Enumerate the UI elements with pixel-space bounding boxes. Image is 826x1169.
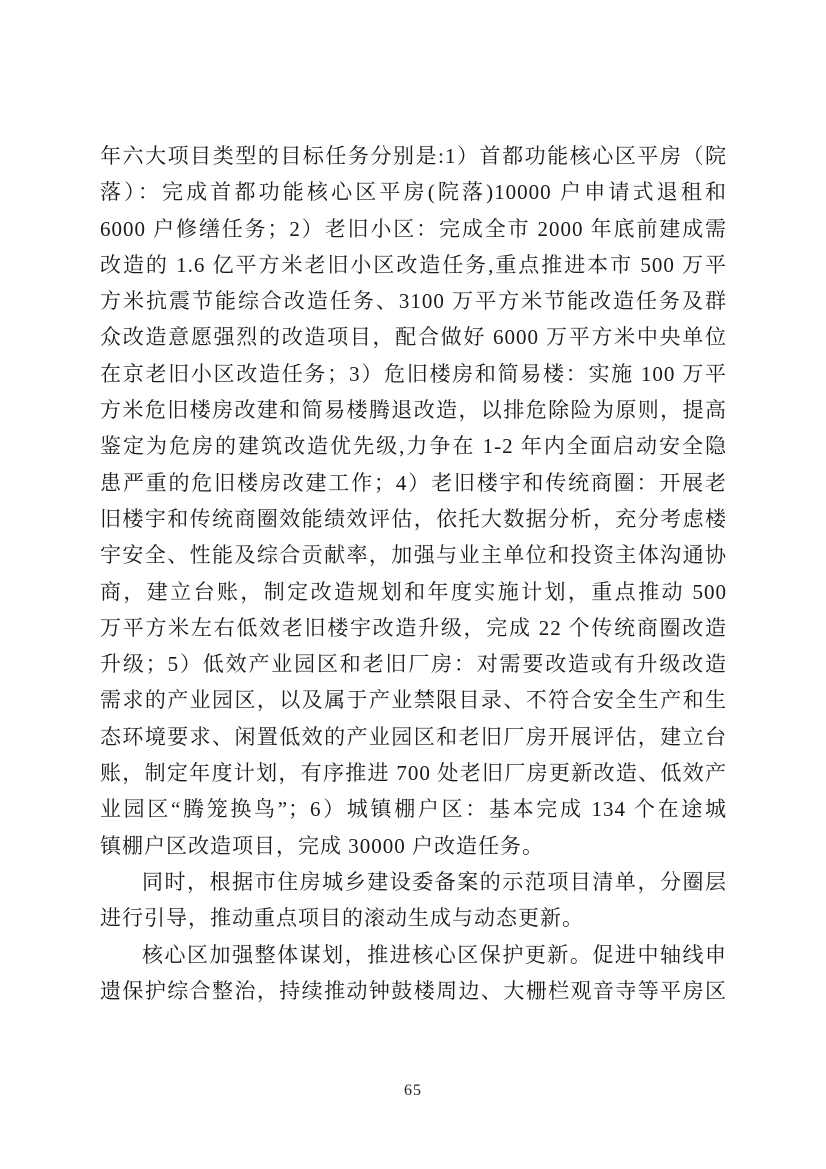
text-line: 方米抗震节能综合改造任务、3100 万平方米节能改造任务及群 xyxy=(100,283,727,319)
page-number: 65 xyxy=(0,1082,826,1100)
paragraph-core-area: 核心区加强整体谋划，推进核心区保护更新。促进中轴线申 遗保护综合整治，持续推动钟… xyxy=(100,937,727,1010)
text-line: 态环境要求、闲置低效的产业园区和老旧厂房开展评估，建立台 xyxy=(100,719,727,755)
text-line: 商，建立台账，制定改造规划和年度实施计划，重点推动 500 xyxy=(100,574,727,610)
text-line: 镇棚户区改造项目，完成 30000 户改造任务。 xyxy=(100,828,727,864)
text-block: 年六大项目类型的目标任务分别是:1）首都功能核心区平房（院 落）：完成首都功能核… xyxy=(100,138,727,1009)
text-line: 核心区加强整体谋划，推进核心区保护更新。促进中轴线申 xyxy=(100,937,727,973)
paragraph-demonstration-projects: 同时，根据市住房城乡建设委备案的示范项目清单，分圈层 进行引导，推动重点项目的滚… xyxy=(100,864,727,937)
text-line: 6000 户修缮任务；2）老旧小区：完成全市 2000 年底前建成需 xyxy=(100,211,727,247)
document-page: 年六大项目类型的目标任务分别是:1）首都功能核心区平房（院 落）：完成首都功能核… xyxy=(0,0,826,1169)
text-line: 宇安全、性能及综合贡献率，加强与业主单位和投资主体沟通协 xyxy=(100,537,727,573)
text-line: 在京老旧小区改造任务；3）危旧楼房和简易楼：实施 100 万平 xyxy=(100,356,727,392)
text-line: 遗保护综合整治，持续推动钟鼓楼周边、大栅栏观音寺等平房区 xyxy=(100,973,727,1009)
text-line: 落）：完成首都功能核心区平房(院落)10000 户申请式退租和 xyxy=(100,174,727,210)
text-line: 旧楼宇和传统商圈效能绩效评估，依托大数据分析，充分考虑楼 xyxy=(100,501,727,537)
text-line: 同时，根据市住房城乡建设委备案的示范项目清单，分圈层 xyxy=(100,864,727,900)
text-line: 账，制定年度计划，有序推进 700 处老旧厂房更新改造、低效产 xyxy=(100,755,727,791)
text-line: 改造的 1.6 亿平方米老旧小区改造任务,重点推进本市 500 万平 xyxy=(100,247,727,283)
text-line: 进行引导，推动重点项目的滚动生成与动态更新。 xyxy=(100,900,727,936)
text-line: 众改造意愿强烈的改造项目，配合做好 6000 万平方米中央单位 xyxy=(100,319,727,355)
text-line: 患严重的危旧楼房改建工作；4）老旧楼宇和传统商圈：开展老 xyxy=(100,465,727,501)
text-line: 业园区“腾笼换鸟”；6）城镇棚户区：基本完成 134 个在途城 xyxy=(100,791,727,827)
text-line: 需求的产业园区，以及属于产业禁限目录、不符合安全生产和生 xyxy=(100,682,727,718)
text-line: 方米危旧楼房改建和简易楼腾退改造，以排危除险为原则，提高 xyxy=(100,392,727,428)
text-line: 年六大项目类型的目标任务分别是:1）首都功能核心区平房（院 xyxy=(100,138,727,174)
text-line: 升级；5）低效产业园区和老旧厂房：对需要改造或有升级改造 xyxy=(100,646,727,682)
text-line: 万平方米左右低效老旧楼宇改造升级，完成 22 个传统商圈改造 xyxy=(100,610,727,646)
paragraph-tasks: 年六大项目类型的目标任务分别是:1）首都功能核心区平房（院 落）：完成首都功能核… xyxy=(100,138,727,864)
text-line: 鉴定为危房的建筑改造优先级,力争在 1-2 年内全面启动安全隐 xyxy=(100,428,727,464)
